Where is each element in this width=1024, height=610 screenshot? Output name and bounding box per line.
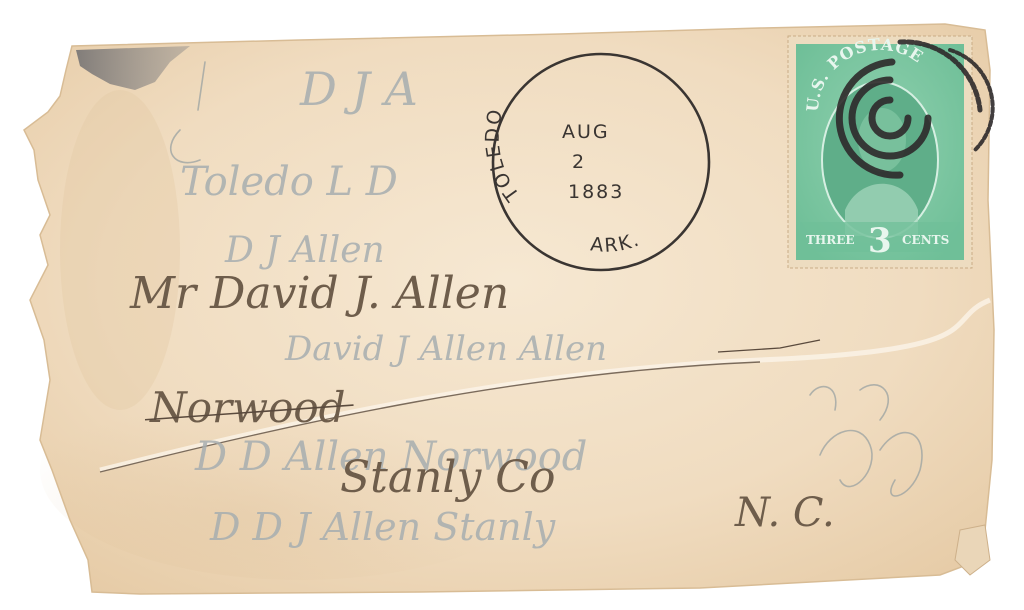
pencil-note-top: D J A: [299, 62, 418, 116]
pencil-note-david: David J Allen Allen: [284, 329, 607, 369]
pencil-note-toledo: Toledo L D: [180, 159, 398, 205]
stamp-three: THREE: [806, 233, 855, 247]
address-county: Stanly Co: [340, 452, 555, 503]
address-name: Mr David J. Allen: [129, 268, 509, 319]
postage-stamp: U.S. POSTAGE THREE 3 CENTS: [788, 35, 993, 268]
postmark-year: 1883: [568, 181, 624, 203]
envelope-scene: D J A Toledo L D D J Allen David J Allen…: [0, 0, 1024, 610]
pencil-note-allen: D J Allen: [224, 230, 385, 271]
stamp-cents: CENTS: [902, 233, 949, 247]
postmark-day: 2: [572, 151, 586, 173]
postmark-month: AUG: [562, 121, 610, 143]
address-state: N. C.: [734, 490, 835, 536]
stamp-numeral: 3: [868, 221, 892, 261]
pencil-note-stanly: D D J Allen Stanly: [209, 505, 556, 549]
